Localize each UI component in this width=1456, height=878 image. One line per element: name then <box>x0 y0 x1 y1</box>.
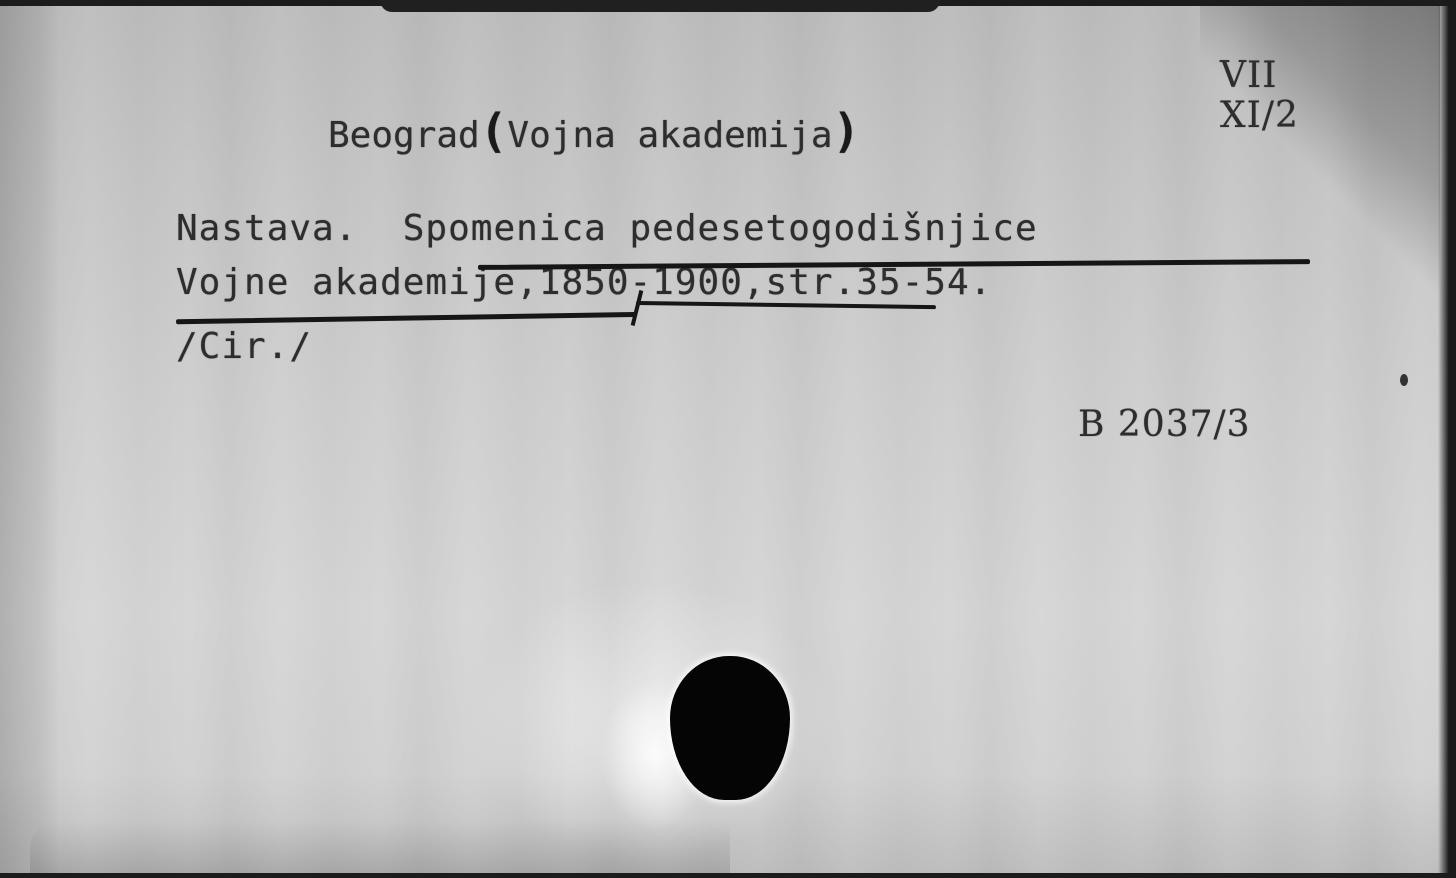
title-underline-2 <box>176 312 636 324</box>
bottom-edge <box>0 873 1456 878</box>
close-paren: ) <box>833 104 861 158</box>
call-number: B 2037/3 <box>1078 404 1251 445</box>
entry-line-3: /Cir./ <box>176 326 312 367</box>
heading-institution: Vojna akademija <box>507 115 832 156</box>
open-paren: ( <box>480 104 508 158</box>
entry-line-1: Nastava. Spomenica pedesetogodišnjice <box>176 208 1038 249</box>
top-tab-shadow <box>380 0 940 12</box>
entry-title-part-1: Spomenica pedesetogodišnjice <box>403 208 1038 249</box>
entry-subject: Nastava. <box>176 208 357 249</box>
ink-speck <box>1400 374 1408 386</box>
entry-title-part-2: Vojne akademije <box>176 262 516 303</box>
punch-hole <box>670 656 790 800</box>
right-edge <box>1438 0 1456 878</box>
script-note: /Cir./ <box>176 326 312 367</box>
card-heading: Beograd(Vojna akademija) <box>328 104 860 158</box>
catalog-card: Beograd(Vojna akademija) VIIXI/2 Nastava… <box>0 0 1456 878</box>
classmark: VIIXI/2 <box>1220 56 1299 136</box>
entry-pages: ,str.35-54. <box>743 262 992 303</box>
heading-place: Beograd <box>328 115 480 156</box>
classmark-line-1: VII <box>1220 56 1299 96</box>
corner-shadow <box>1200 0 1440 300</box>
classmark-line-2: XI/2 <box>1220 96 1299 136</box>
left-shadow <box>0 0 60 878</box>
